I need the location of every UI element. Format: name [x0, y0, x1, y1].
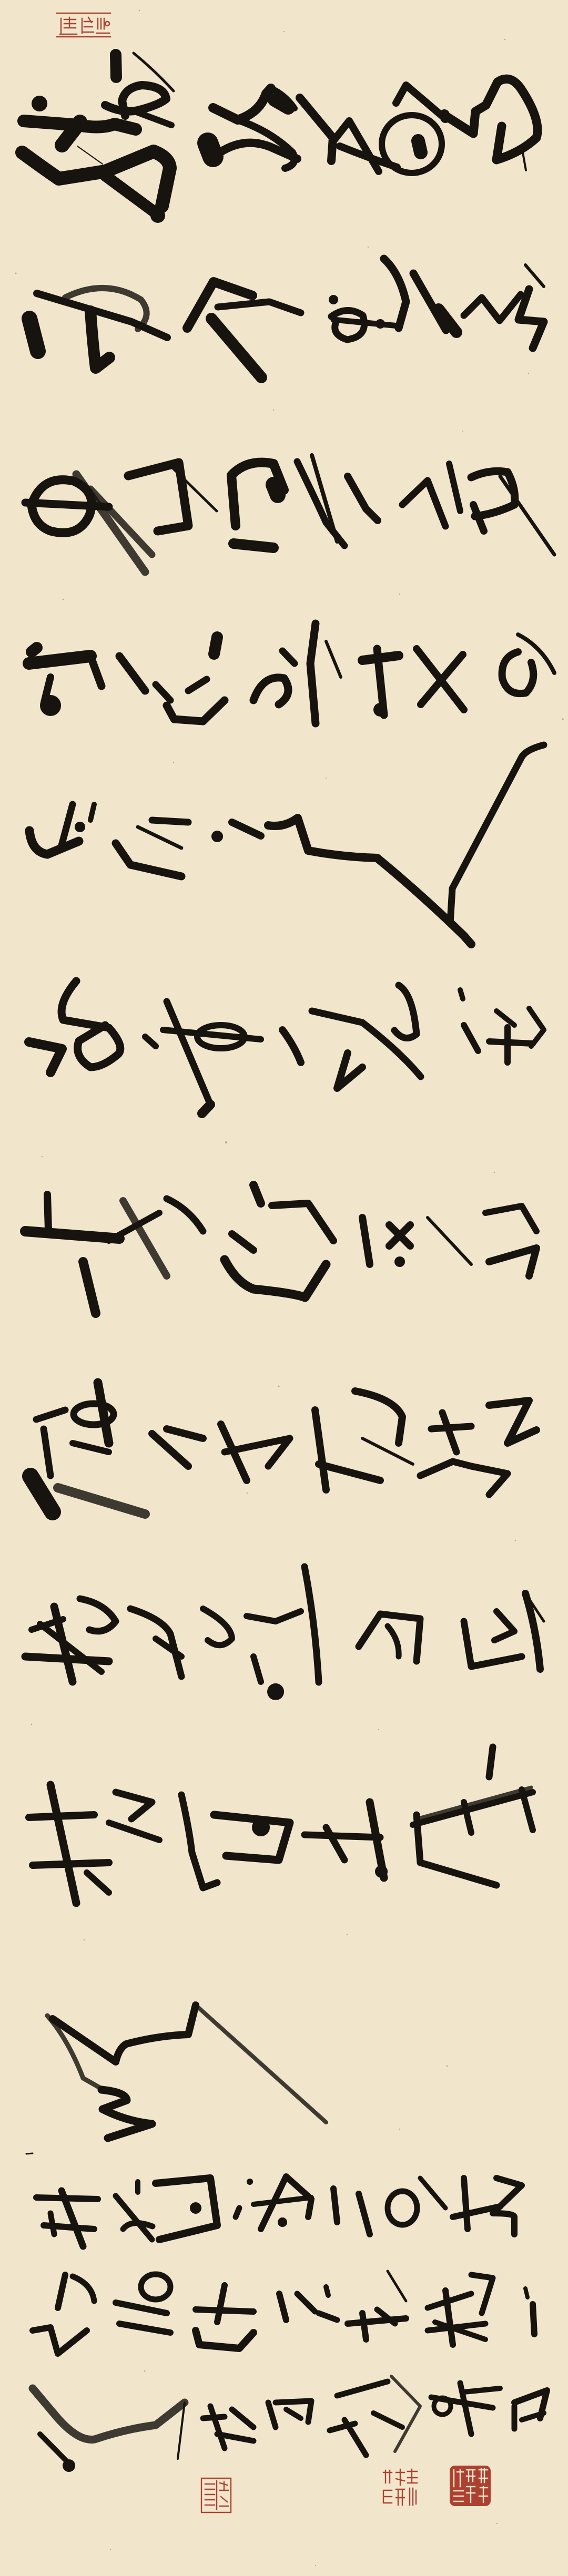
speckle: [399, 594, 400, 595]
speckle: [326, 778, 327, 779]
speckle: [496, 2523, 498, 2524]
speckle: [63, 599, 64, 600]
ink-blob: [208, 143, 213, 157]
speckle: [315, 2565, 316, 2566]
speckle: [378, 1729, 379, 1730]
ink-blob: [275, 100, 288, 108]
brush-stroke: [236, 2208, 239, 2217]
speckle: [368, 247, 369, 248]
speckle: [110, 2549, 111, 2550]
speckle: [139, 10, 140, 12]
brush-stroke: [362, 2313, 366, 2339]
speckle: [225, 1141, 227, 1143]
brush-stroke: [533, 2304, 534, 2334]
brush-stroke: [333, 2189, 337, 2222]
speckle: [447, 2066, 448, 2067]
speckle: [15, 273, 17, 274]
speckle: [42, 1156, 43, 1157]
brush-hairline: [26, 2153, 33, 2154]
brush-stroke: [25, 1657, 109, 1661]
brush-stroke: [234, 544, 273, 548]
brush-stroke: [489, 1041, 533, 1044]
brush-stroke: [50, 2213, 54, 2234]
brush-stroke: [196, 2309, 253, 2312]
brush-stroke: [525, 2288, 528, 2297]
ink-blob: [29, 319, 38, 351]
brush-stroke: [305, 1835, 380, 1837]
speckle: [528, 373, 529, 374]
brush-stroke: [152, 820, 188, 822]
ink-blob: [32, 648, 37, 652]
brush-stroke: [464, 2178, 468, 2229]
brush-stroke: [116, 55, 116, 77]
brush-stroke: [214, 637, 217, 654]
ink-blob: [273, 485, 278, 495]
brush-stroke: [29, 1815, 94, 1817]
brush-stroke: [90, 804, 94, 820]
speckle: [173, 762, 174, 763]
scroll-canvas: [0, 0, 568, 2576]
brush-stroke: [326, 2287, 328, 2295]
speckle: [84, 1939, 85, 1941]
speckle: [247, 1493, 248, 1494]
brush-stroke: [464, 2388, 500, 2392]
speckle: [494, 1172, 495, 1173]
brush-stroke: [310, 623, 316, 723]
speckle: [144, 2370, 146, 2372]
brush-stroke: [33, 1863, 109, 1865]
brush-stroke: [489, 1747, 493, 1777]
seal-3: [450, 2466, 491, 2506]
speckle: [504, 39, 506, 40]
speckle: [562, 718, 564, 720]
calligraphy-scroll: [0, 0, 568, 2576]
ink-blob: [418, 141, 421, 152]
speckle: [515, 1540, 516, 1541]
speckle: [278, 1385, 279, 1387]
speckle: [399, 2129, 400, 2130]
speckle: [31, 1724, 33, 1725]
brush-stroke: [47, 1194, 48, 1230]
brush-stroke: [29, 656, 90, 663]
brush-stroke: [25, 1231, 119, 1239]
speckle: [462, 431, 463, 432]
speckle: [347, 1934, 348, 1935]
speckle: [273, 410, 275, 411]
brush-stroke: [202, 1105, 210, 1113]
speckle: [283, 31, 285, 32]
brush-stroke: [460, 990, 463, 999]
